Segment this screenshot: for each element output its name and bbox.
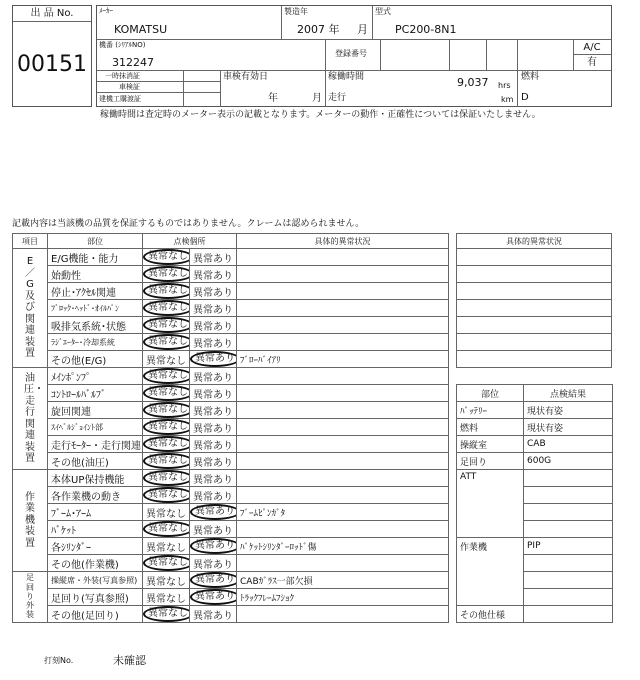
option-abnormality: 異常あり	[190, 300, 237, 317]
detail-cell: ﾊﾞｹｯﾄｼﾘﾝﾀﾞｰﾛｯﾄﾞ傷	[237, 538, 449, 555]
option-no-abnormality: 異常なし	[143, 402, 190, 419]
detail-cell	[237, 300, 449, 317]
side-detail-row	[457, 334, 612, 351]
part-cell: ｺﾝﾄﾛｰﾙﾊﾞﾙﾌﾞ	[48, 385, 143, 402]
part-cell: 停止･ｱｸｾﾙ関連	[48, 283, 143, 300]
table-row: 旋回関連異常なし異常あり	[13, 402, 449, 419]
header-part: 部位	[48, 234, 143, 249]
header-category: 項目	[13, 234, 48, 249]
option-no-abnormality: 異常なし	[143, 368, 190, 385]
ac-label: A/C	[573, 43, 611, 53]
inspection-date-label: 車検有効日	[223, 73, 268, 82]
header-check: 点検個所	[143, 234, 237, 249]
option-no-abnormality: 異常なし	[143, 266, 190, 283]
option-abnormality: 異常あり	[190, 249, 237, 266]
category-label: 油圧・走行関連装置	[24, 373, 36, 465]
other-spec-value	[524, 606, 613, 623]
circled-mark: 異常なし	[143, 249, 190, 265]
category-label: E／G及び関連装置	[24, 256, 36, 360]
option-label: 異常あり	[193, 288, 233, 299]
option-label: 異常なし	[146, 594, 186, 605]
circled-mark: 異常なし	[143, 606, 190, 622]
detail-cell	[237, 419, 449, 436]
year-value: 2007 年	[297, 24, 340, 35]
option-label: 異常あり	[193, 492, 233, 503]
att-label: ATT	[457, 470, 524, 538]
detail-cell: ﾌﾞｰﾑﾋﾟﾝｶﾞﾀ	[237, 504, 449, 521]
year-month-suffix: 月	[357, 24, 368, 35]
detail-cell	[237, 436, 449, 453]
part-cell: 吸排気系統･状態	[48, 317, 143, 334]
table-row: E／G及び関連装置E/G機能・能力異常なし異常あり	[13, 249, 449, 266]
side-detail-row	[457, 317, 612, 334]
fuel-label: 燃料	[521, 73, 539, 82]
category-cell: 足回り外装	[13, 572, 48, 623]
option-abnormality: 異常あり	[190, 606, 237, 623]
option-no-abnormality: 異常なし	[143, 487, 190, 504]
registration-label: 登録番号	[335, 50, 367, 58]
work-value: PIP	[524, 538, 613, 555]
option-abnormality: 異常あり	[190, 470, 237, 487]
cert-row-3: 建機工購渡証	[99, 96, 141, 103]
table-row: 油圧・走行関連装置ﾒｲﾝﾎﾟﾝﾌﾟ異常なし異常あり	[13, 368, 449, 385]
stamp-value: 未確認	[113, 655, 146, 666]
detail-cell	[237, 521, 449, 538]
inspection-year: 年	[268, 94, 278, 104]
option-no-abnormality: 異常なし	[143, 606, 190, 623]
table-row: 吸排気系統･状態異常なし異常あり	[13, 317, 449, 334]
machine-info-box: ﾒｰｶｰ KOMATSU 製造年 2007 年 月 型式 PC200-8N1 機…	[96, 5, 612, 107]
lot-number-box: 出 品 No. 00151	[12, 5, 92, 107]
option-label: 異常あり	[193, 322, 233, 333]
category-label: 足回り外装	[24, 573, 36, 619]
detail-cell	[237, 266, 449, 283]
option-label: 異常あり	[193, 560, 233, 571]
detail-cell: ﾄﾗｯｸﾌﾚｰﾑﾌｼｮｸ	[237, 589, 449, 606]
option-no-abnormality: 異常なし	[143, 538, 190, 555]
option-no-abnormality: 異常なし	[143, 521, 190, 538]
option-label: 異常なし	[146, 577, 186, 588]
part-cell: 旋回関連	[48, 402, 143, 419]
part-cell: E/G機能・能力	[48, 249, 143, 266]
table-row: 始動性異常なし異常あり	[13, 266, 449, 283]
att-value-row	[524, 470, 613, 487]
att-value-row	[524, 521, 613, 538]
part-cell: ﾌﾞｰﾑ･ｱｰﾑ	[48, 504, 143, 521]
cert-row-1: 一時抹消証	[105, 73, 140, 80]
option-label: 異常あり	[193, 611, 233, 622]
serial-value: 312247	[112, 57, 154, 68]
option-abnormality: 異常あり	[190, 317, 237, 334]
spec-table: 部位 点検結果 ﾊﾞｯﾃﾘｰ現状有姿 燃料現状有姿 操縦室CAB 足回り600G…	[456, 384, 613, 623]
category-cell: E／G及び関連装置	[13, 249, 48, 368]
option-no-abnormality: 異常なし	[143, 317, 190, 334]
circled-mark: 異常あり	[190, 572, 237, 588]
table-row: ﾌﾞﾛｯｸ･ﾍｯﾄﾞ･ｵｲﾙﾊﾟﾝ異常なし異常あり	[13, 300, 449, 317]
inspection-table: 項目 部位 点検個所 具体的異常状況 E／G及び関連装置E/G機能・能力異常なし…	[12, 233, 449, 623]
detail-cell	[237, 402, 449, 419]
ac-value: 有	[573, 58, 611, 68]
part-cell: 各ｼﾘﾝﾀﾞｰ	[48, 538, 143, 555]
option-no-abnormality: 異常なし	[143, 589, 190, 606]
maker-label: ﾒｰｶｰ	[99, 8, 113, 15]
option-no-abnormality: 異常なし	[143, 419, 190, 436]
category-cell: 作業機装置	[13, 470, 48, 572]
option-abnormality: 異常あり	[190, 538, 237, 555]
category-cell: 油圧・走行関連装置	[13, 368, 48, 470]
part-cell: ﾒｲﾝﾎﾟﾝﾌﾟ	[48, 368, 143, 385]
side-detail-header: 具体的異常状況	[457, 234, 612, 249]
side-detail-row	[457, 266, 612, 283]
model-value: PC200-8N1	[395, 24, 457, 35]
option-label: 異常あり	[193, 407, 233, 418]
part-cell: 足回り(写真参照)	[48, 589, 143, 606]
part-cell: 各作業機の動き	[48, 487, 143, 504]
circled-mark: 異常あり	[190, 589, 237, 605]
side-detail-row	[457, 351, 612, 368]
option-no-abnormality: 異常なし	[143, 334, 190, 351]
option-no-abnormality: 異常なし	[143, 470, 190, 487]
circled-mark: 異常なし	[143, 385, 190, 401]
table-row: 足回り(写真参照)異常なし異常ありﾄﾗｯｸﾌﾚｰﾑﾌｼｮｸ	[13, 589, 449, 606]
option-abnormality: 異常あり	[190, 419, 237, 436]
table-row: 停止･ｱｸｾﾙ関連異常なし異常あり	[13, 283, 449, 300]
detail-cell	[237, 385, 449, 402]
att-value-row	[524, 487, 613, 504]
option-abnormality: 異常あり	[190, 504, 237, 521]
fuel-spec-label: 燃料	[457, 419, 524, 436]
side-detail-row	[457, 249, 612, 266]
part-cell: 始動性	[48, 266, 143, 283]
circled-mark: 異常なし	[143, 436, 190, 452]
option-label: 異常あり	[193, 526, 233, 537]
lot-number-label: 出 品 No.	[13, 9, 91, 19]
table-row: ｽｲﾍﾞﾙｼﾞｮｲﾝﾄ部異常なし異常あり	[13, 419, 449, 436]
table-row: ﾌﾞｰﾑ･ｱｰﾑ異常なし異常ありﾌﾞｰﾑﾋﾟﾝｶﾞﾀ	[13, 504, 449, 521]
other-spec-label: その他仕様	[457, 606, 524, 623]
work-value-row	[524, 555, 613, 572]
part-cell: その他(油圧)	[48, 453, 143, 470]
att-value-row	[524, 504, 613, 521]
table-row: ｺﾝﾄﾛｰﾙﾊﾞﾙﾌﾞ異常なし異常あり	[13, 385, 449, 402]
option-label: 異常あり	[193, 254, 233, 265]
fuel-spec-value: 現状有姿	[524, 419, 613, 436]
circled-mark: 異常なし	[143, 368, 190, 384]
spec-header-part: 部位	[457, 385, 524, 402]
model-label: 型式	[375, 8, 391, 16]
hours-value: 9,037	[457, 77, 489, 88]
work-label: 作業機	[457, 538, 524, 606]
fuel-value: D	[521, 93, 529, 103]
part-cell: 本体UP保持機能	[48, 470, 143, 487]
part-cell: その他(足回り)	[48, 606, 143, 623]
circled-mark: 異常あり	[190, 538, 237, 554]
option-abnormality: 異常あり	[190, 589, 237, 606]
detail-cell	[237, 453, 449, 470]
option-abnormality: 異常あり	[190, 555, 237, 572]
table-row: その他(足回り)異常なし異常あり	[13, 606, 449, 623]
maker-value: KOMATSU	[114, 24, 167, 35]
detail-cell: ﾌﾞﾛｰﾊﾞｲｱﾘ	[237, 351, 449, 368]
side-detail-row	[457, 300, 612, 317]
option-label: 異常あり	[193, 441, 233, 452]
part-cell: ｽｲﾍﾞﾙｼﾞｮｲﾝﾄ部	[48, 419, 143, 436]
cab-label: 操縦室	[457, 436, 524, 453]
option-abnormality: 異常あり	[190, 266, 237, 283]
table-row: 走行ﾓｰﾀｰ・走行関連異常なし異常あり	[13, 436, 449, 453]
circled-mark: 異常なし	[143, 521, 190, 537]
circled-mark: 異常なし	[143, 266, 190, 282]
stamp-label: 打刻No.	[44, 657, 73, 665]
circled-mark: 異常なし	[143, 300, 190, 316]
circled-mark: 異常なし	[143, 470, 190, 486]
part-cell: 走行ﾓｰﾀｰ・走行関連	[48, 436, 143, 453]
option-label: 異常あり	[193, 390, 233, 401]
disclaimer: 記載内容は当該機の品質を保証するものではありません。クレームは認められません。	[12, 220, 364, 229]
option-abnormality: 異常あり	[190, 572, 237, 589]
option-no-abnormality: 異常なし	[143, 555, 190, 572]
circled-mark: 異常なし	[143, 334, 190, 350]
side-detail-table: 具体的異常状況	[456, 233, 612, 368]
table-row: その他(作業機)異常なし異常あり	[13, 555, 449, 572]
option-abnormality: 異常あり	[190, 351, 237, 368]
battery-label: ﾊﾞｯﾃﾘｰ	[457, 402, 524, 419]
lot-number: 00151	[13, 54, 91, 76]
option-abnormality: 異常あり	[190, 385, 237, 402]
cert-row-2: 車検証	[119, 84, 140, 91]
option-no-abnormality: 異常なし	[143, 436, 190, 453]
option-no-abnormality: 異常なし	[143, 453, 190, 470]
detail-cell	[237, 317, 449, 334]
meter-note: 稼働時間は査定時のメーター表示の記載となります。メーターの動作・正確性については…	[100, 111, 541, 120]
table-row: その他(油圧)異常なし異常あり	[13, 453, 449, 470]
work-value-row	[524, 589, 613, 606]
option-no-abnormality: 異常なし	[143, 283, 190, 300]
option-label: 異常あり	[193, 458, 233, 469]
circled-mark: 異常あり	[190, 504, 237, 520]
option-no-abnormality: 異常なし	[143, 249, 190, 266]
option-label: 異常なし	[146, 509, 186, 520]
option-label: 異常あり	[193, 373, 233, 384]
option-no-abnormality: 異常なし	[143, 351, 190, 368]
detail-cell	[237, 606, 449, 623]
detail-cell	[237, 368, 449, 385]
circled-mark: 異常なし	[143, 402, 190, 418]
track-label: 足回り	[457, 453, 524, 470]
header-detail: 具体的異常状況	[237, 234, 449, 249]
option-label: 異常あり	[193, 305, 233, 316]
option-label: 異常あり	[193, 475, 233, 486]
detail-cell	[237, 249, 449, 266]
part-cell: その他(E/G)	[48, 351, 143, 368]
circled-mark: 異常なし	[143, 283, 190, 299]
option-no-abnormality: 異常なし	[143, 572, 190, 589]
table-row: 各ｼﾘﾝﾀﾞｰ異常なし異常ありﾊﾞｹｯﾄｼﾘﾝﾀﾞｰﾛｯﾄﾞ傷	[13, 538, 449, 555]
option-no-abnormality: 異常なし	[143, 385, 190, 402]
option-label: 異常あり	[193, 339, 233, 350]
hours-unit: hrs	[498, 82, 511, 90]
option-label: 異常あり	[193, 424, 233, 435]
circled-mark: 異常なし	[143, 555, 190, 571]
part-cell: 操縦席・外装(写真参照)	[48, 572, 143, 589]
side-detail-row	[457, 283, 612, 300]
option-abnormality: 異常あり	[190, 453, 237, 470]
detail-cell	[237, 283, 449, 300]
serial-label: 機番 (ｼﾘｱﾙNO)	[99, 42, 145, 49]
hours-label: 稼働時間	[328, 73, 364, 82]
option-abnormality: 異常あり	[190, 521, 237, 538]
category-label: 作業機装置	[24, 492, 36, 550]
option-abnormality: 異常あり	[190, 283, 237, 300]
circled-mark: 異常なし	[143, 453, 190, 469]
work-value-row	[524, 572, 613, 589]
option-label: 異常あり	[193, 271, 233, 282]
travel-label: 走行	[328, 94, 346, 103]
option-label: 異常なし	[146, 543, 186, 554]
part-cell: ﾌﾞﾛｯｸ･ﾍｯﾄﾞ･ｵｲﾙﾊﾟﾝ	[48, 300, 143, 317]
table-row: 足回り外装操縦席・外装(写真参照)異常なし異常ありCABｶﾞﾗｽ一部欠損	[13, 572, 449, 589]
option-abnormality: 異常あり	[190, 334, 237, 351]
year-label: 製造年	[284, 8, 308, 16]
part-cell: ﾊﾞｹｯﾄ	[48, 521, 143, 538]
spec-header-result: 点検結果	[524, 385, 613, 402]
detail-cell	[237, 334, 449, 351]
option-abnormality: 異常あり	[190, 368, 237, 385]
circled-mark: 異常なし	[143, 419, 190, 435]
option-abnormality: 異常あり	[190, 487, 237, 504]
circled-mark: 異常あり	[190, 351, 237, 367]
option-no-abnormality: 異常なし	[143, 300, 190, 317]
circled-mark: 異常なし	[143, 317, 190, 333]
detail-cell	[237, 555, 449, 572]
table-row: ﾊﾞｹｯﾄ異常なし異常あり	[13, 521, 449, 538]
table-row: ﾗｼﾞｴｰﾀｰ･冷却系統異常なし異常あり	[13, 334, 449, 351]
battery-value: 現状有姿	[524, 402, 613, 419]
detail-cell	[237, 470, 449, 487]
option-label: 異常なし	[146, 356, 186, 367]
table-row: 作業機装置本体UP保持機能異常なし異常あり	[13, 470, 449, 487]
detail-cell: CABｶﾞﾗｽ一部欠損	[237, 572, 449, 589]
option-abnormality: 異常あり	[190, 436, 237, 453]
inspection-month: 月	[312, 94, 322, 104]
table-row: 各作業機の動き異常なし異常あり	[13, 487, 449, 504]
part-cell: ﾗｼﾞｴｰﾀｰ･冷却系統	[48, 334, 143, 351]
detail-cell	[237, 487, 449, 504]
option-no-abnormality: 異常なし	[143, 504, 190, 521]
option-abnormality: 異常あり	[190, 402, 237, 419]
track-value: 600G	[524, 453, 613, 470]
circled-mark: 異常なし	[143, 487, 190, 503]
part-cell: その他(作業機)	[48, 555, 143, 572]
table-row: その他(E/G)異常なし異常ありﾌﾞﾛｰﾊﾞｲｱﾘ	[13, 351, 449, 368]
cab-value: CAB	[524, 436, 613, 453]
travel-unit: km	[501, 96, 513, 104]
